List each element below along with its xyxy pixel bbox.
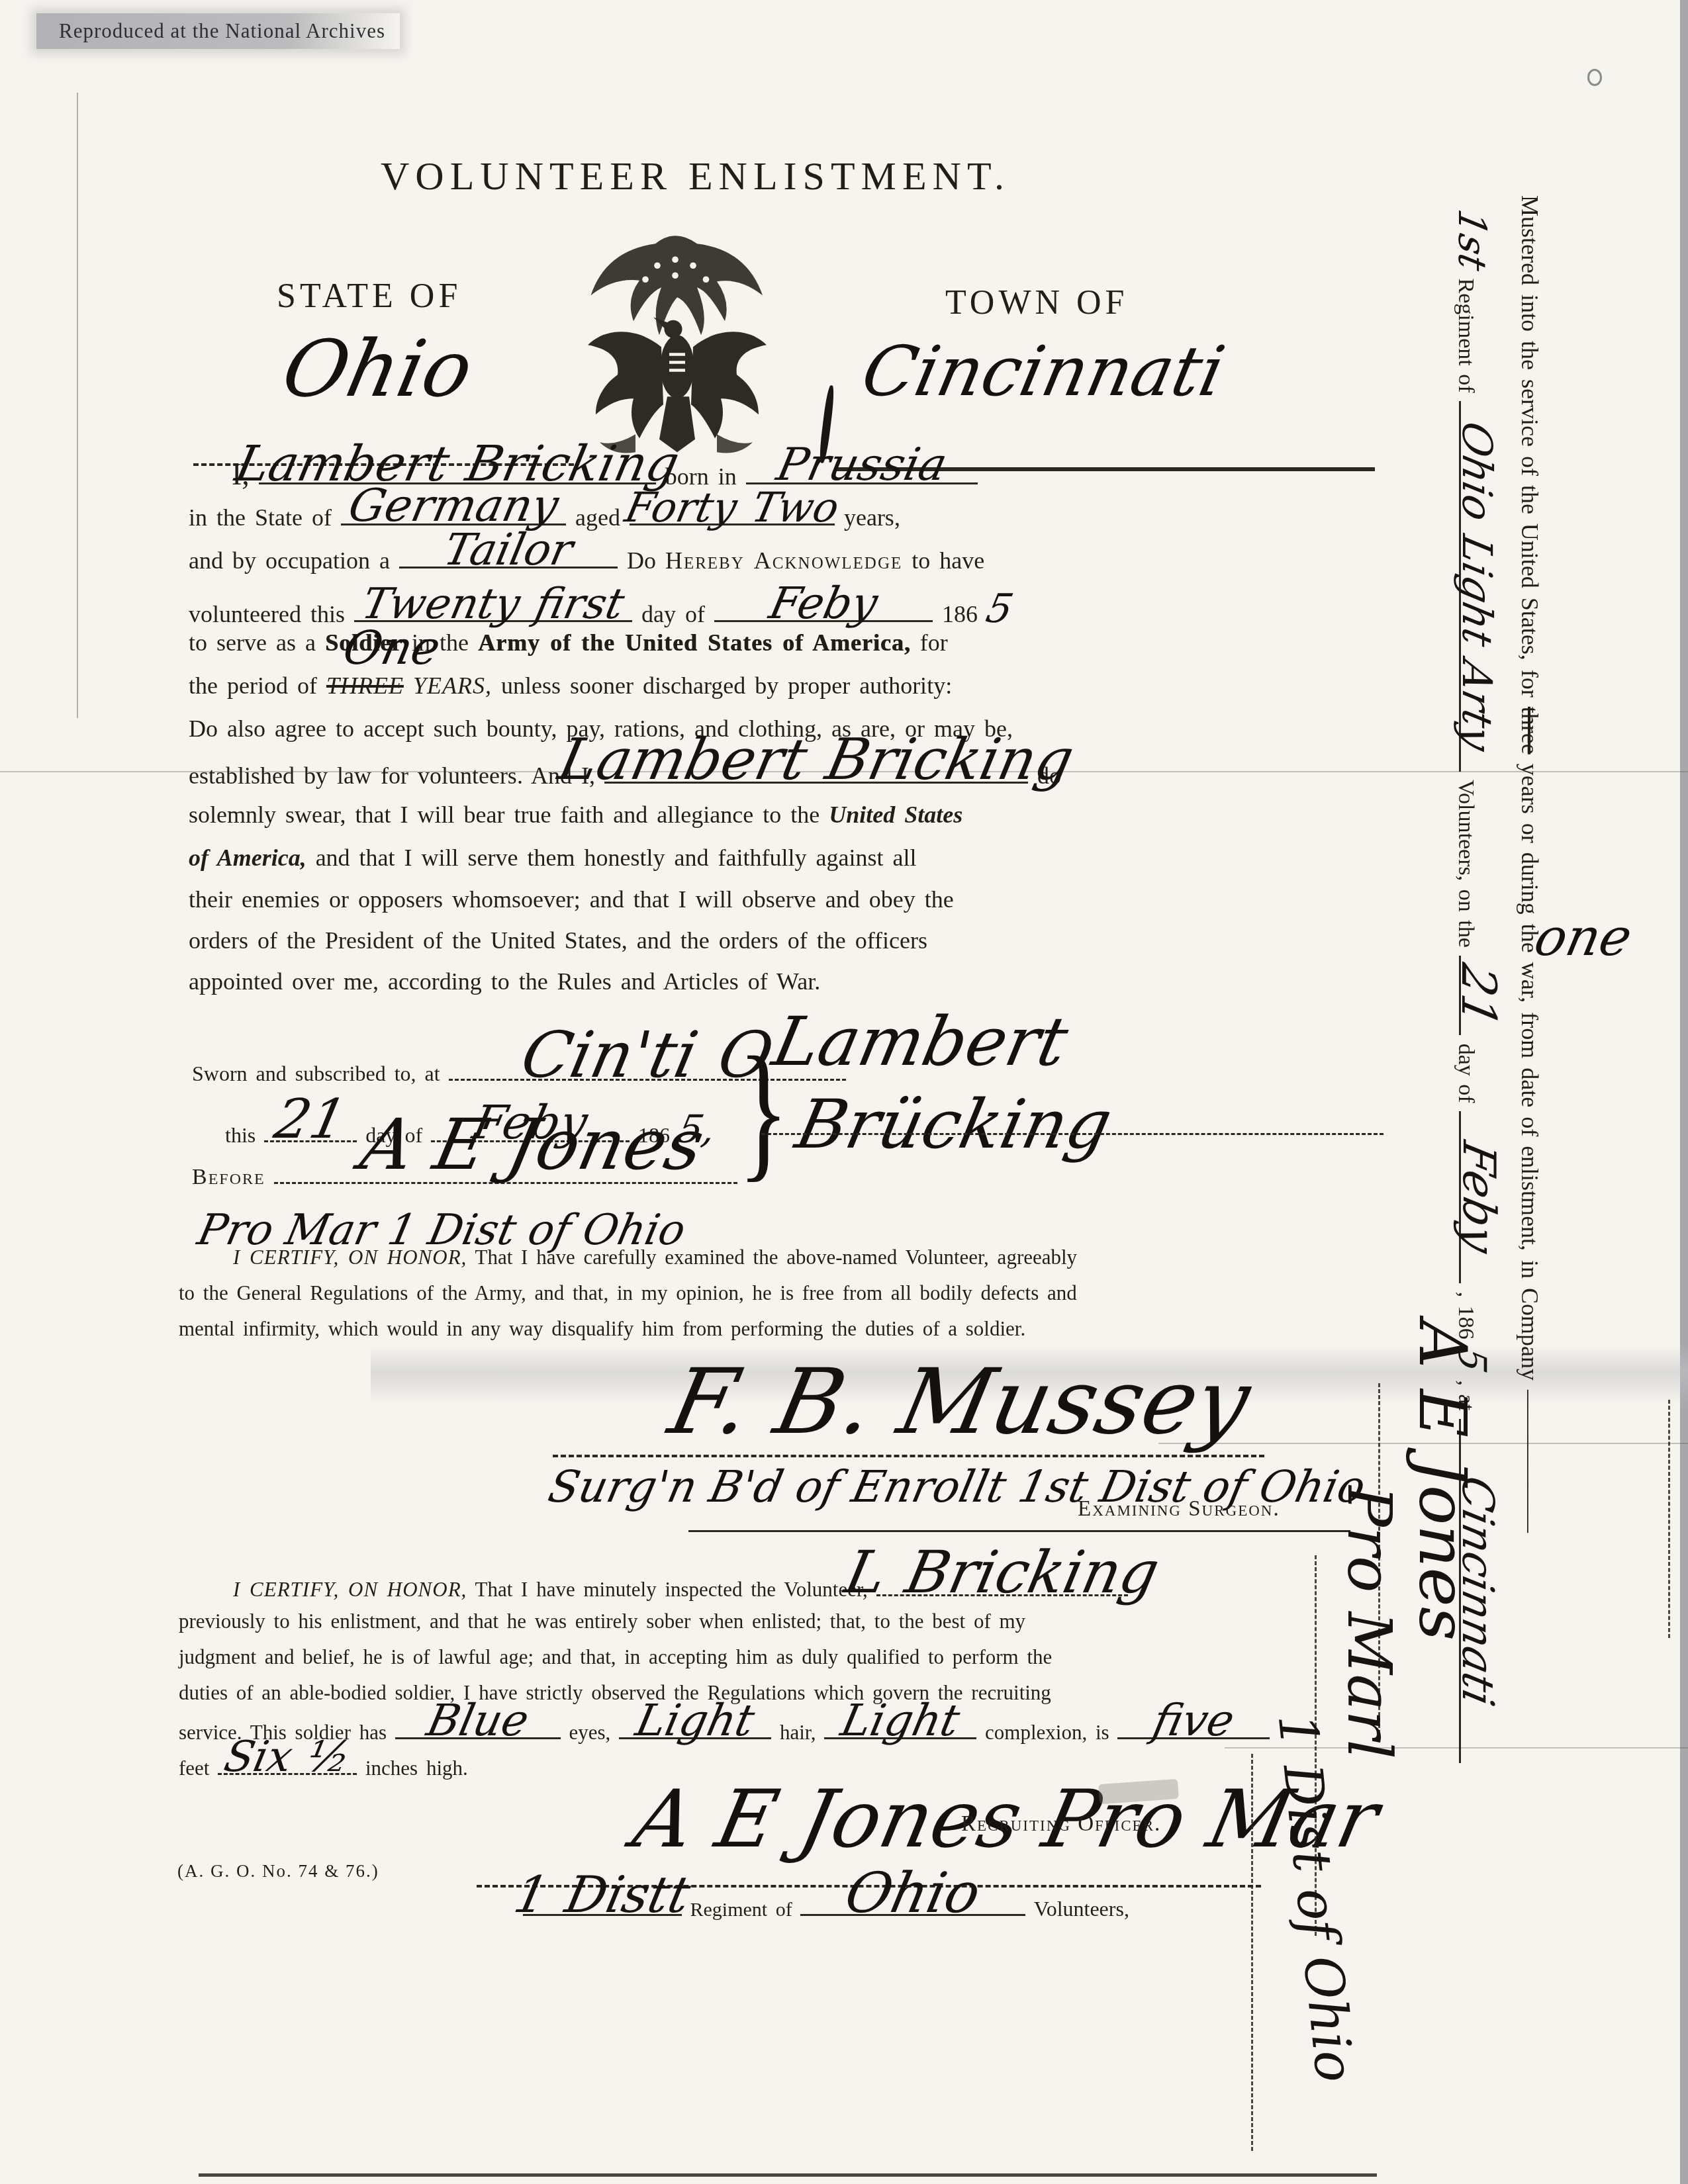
sworn-day-blank: 21 — [264, 1119, 357, 1142]
height-inches-blank: Six ½ — [218, 1752, 357, 1775]
enlist-day-blank: Twenty first — [354, 596, 632, 622]
state-handwriting: Germany — [345, 484, 563, 529]
oath-l2-pre: in the State of — [189, 504, 332, 531]
oath-line-1: I, Lambert Bricking born in Prussia — [232, 457, 978, 492]
town-of-label: TOWN OF — [945, 283, 1128, 322]
enlist-month-blank: Feby — [714, 596, 933, 622]
oath-army-blackletter: Army of the United States of America, — [478, 629, 911, 656]
volunteer-name2-handwriting: Lambert Bricking — [554, 731, 1078, 788]
oath-line-12: orders of the President of the United St… — [189, 927, 927, 954]
recruiter-cert-line-6: feet Six ½ inches high. — [179, 1752, 468, 1780]
enlist-month-handwriting: Feby — [766, 582, 882, 625]
surgeon-signature-underline — [553, 1455, 1264, 1457]
margin-term-struck: three — [1517, 707, 1543, 754]
margin-signature-3-underline — [1251, 1754, 1253, 2151]
eyes-blank: Blue — [395, 1717, 561, 1739]
volunteer-name2-blank: Lambert Bricking — [604, 758, 1028, 784]
state-of-label: STATE OF — [277, 277, 461, 316]
scanned-enlistment-document: Reproduced at the National Archives VOLU… — [0, 0, 1688, 2184]
recruiter-cert-l5-a: eyes, — [569, 1721, 611, 1744]
margin-signature-2: Pro Marl — [1334, 1486, 1405, 1759]
regiment-name-handwriting: Ohio — [841, 1865, 985, 1921]
before-label: Before — [192, 1165, 265, 1189]
volunteer-signature-line2: Brücking — [789, 1085, 1118, 1164]
recruiter-cert-line-3: judgment and belief, he is of lawful age… — [179, 1645, 1052, 1669]
margin-day-handwriting: 21 — [1455, 960, 1503, 1031]
sworn-at-label: Sworn and subscribed to, at — [192, 1062, 440, 1085]
surgeon-cert-line-1: I CERTIFY, ON HONOR, That I have careful… — [233, 1246, 1077, 1269]
recruiter-cert-l1: That I have minutely inspected the Volun… — [475, 1578, 868, 1601]
sworn-this-label: this — [225, 1123, 256, 1147]
margin-mustered-line: Mustered into the service of the United … — [1516, 195, 1544, 1533]
term-overwrite-handwriting: One — [338, 621, 445, 675]
regiment-label: Regiment of — [690, 1899, 792, 1921]
eyes-handwriting: Blue — [423, 1699, 532, 1743]
margin-day-of-label: day of — [1454, 1044, 1478, 1103]
enlist-day-handwriting: Twenty first — [358, 583, 628, 625]
volunteers-label: Volunteers, — [1034, 1897, 1129, 1921]
age-blank: Forty Two — [630, 500, 835, 525]
oath-l8-pre: established by law for volunteers. And I… — [189, 762, 595, 789]
oath-l5-pre: to serve as a — [189, 629, 316, 656]
oath-line-3: and by occupation a Tailor Do Hereby Ack… — [189, 543, 984, 574]
hair-handwriting: Light — [632, 1699, 758, 1743]
archives-stamp-label: Reproduced at the National Archives — [59, 19, 385, 43]
recruiter-cert-l5-c: complexion, is — [985, 1721, 1109, 1744]
birthplace-handwriting: Prussia — [773, 443, 951, 488]
margin-term-overwrite-handwriting: one — [1529, 908, 1636, 968]
oath-line-8: established by law for volunteers. And I… — [189, 758, 1061, 790]
age-handwriting: Forty Two — [622, 487, 843, 528]
oath-l3-post: to have — [912, 547, 984, 574]
recruiter-cert-l6-post: inches high. — [365, 1756, 468, 1780]
inspected-volunteer-blank: L Bricking — [876, 1574, 1128, 1596]
archives-stamp: Reproduced at the National Archives — [36, 13, 400, 49]
oath-l6-post: unless sooner discharged by proper autho… — [501, 672, 952, 699]
oath-l9-text: solemnly swear, that I will bear true fa… — [189, 801, 820, 828]
regiment-name-blank: Ohio — [800, 1894, 1025, 1916]
oath-l3-pre: and by occupation a — [189, 547, 390, 574]
enlist-year-digit-handwriting: 5 — [982, 586, 1017, 632]
oath-l2-post: years, — [844, 504, 900, 531]
oath-l10-text: and that I will serve them honestly and … — [316, 844, 917, 871]
oath-term-struck: THREE — [326, 672, 404, 699]
recruiter-cert-l5-b: hair, — [780, 1721, 816, 1744]
height-feet-blank: five — [1117, 1717, 1270, 1739]
complexion-handwriting: Light — [837, 1699, 963, 1743]
margin-regiment-blank: Ohio Light Arty — [1459, 401, 1483, 772]
surgeon-title-underline — [688, 1530, 1350, 1532]
oath-line-11: their enemies or opposers whomsoever; an… — [189, 886, 954, 913]
oath-l9-bold: United States — [829, 801, 962, 828]
recruiter-cert-lead: I CERTIFY, ON HONOR, — [233, 1578, 467, 1601]
surgeon-cert-line-2: to the General Regulations of the Army, … — [179, 1281, 1077, 1305]
margin-company-blank: —————— — [1517, 1390, 1543, 1533]
margin-regiment-label: Regiment of — [1454, 278, 1478, 392]
oath-l4-mid: day of — [641, 601, 705, 627]
form-footnote: (A. G. O. No. 74 & 76.) — [177, 1861, 379, 1882]
complexion-blank: Light — [824, 1717, 976, 1739]
oath-line-6: the period of THREE YEARS, unless sooner… — [189, 672, 952, 700]
surgeon-signature-handwriting: F. B. Mussey — [661, 1350, 1258, 1455]
oath-l5-post: for — [920, 629, 948, 656]
oath-l4-year: 186 — [942, 601, 978, 627]
height-feet-handwriting: five — [1149, 1699, 1238, 1743]
hair-blank: Light — [619, 1717, 771, 1739]
oath-term-years: YEARS, — [413, 672, 492, 699]
margin-month-blank: Feby — [1459, 1111, 1483, 1283]
page-title: VOLUNTEER ENLISTMENT. — [381, 154, 1010, 199]
recruiting-officer-label: Recruiting Officer. — [961, 1812, 1161, 1837]
paper-edge-line — [77, 93, 78, 718]
margin-regiment-number-handwriting: 1st — [1450, 206, 1495, 275]
scan-right-edge — [1680, 0, 1688, 2184]
oath-line-10: of America, and that I will serve them h… — [189, 844, 916, 872]
sworn-day-handwriting: 21 — [270, 1093, 351, 1147]
recruiter-cert-l6-pre: feet — [179, 1756, 209, 1780]
surgeon-cert-line-3: mental infirmity, which would in any way… — [179, 1317, 1025, 1341]
oath-line-9: solemnly swear, that I will bear true fa… — [189, 801, 962, 829]
inspected-volunteer-handwriting: L Bricking — [840, 1543, 1164, 1602]
oath-line-4: volunteered this Twenty first day of Feb… — [189, 586, 1012, 632]
regiment-line: 1 Distt Regiment of Ohio Volunteers, — [523, 1894, 1129, 1921]
signature-underline — [761, 1133, 1383, 1135]
occupation-blank: Tailor — [399, 543, 618, 569]
surgeon-cert-l1: That I have carefully examined the above… — [475, 1246, 1078, 1269]
regiment-number-handwriting: 1 Distt — [510, 1870, 695, 1920]
height-inches-handwriting: Six ½ — [221, 1736, 354, 1778]
margin-month-handwriting: Feby — [1456, 1138, 1501, 1257]
state-blank: Germany — [341, 500, 566, 525]
margin-inner-mid: Volunteers, on the — [1454, 780, 1478, 948]
oath-l6-pre: the period of — [189, 672, 317, 699]
recruiter-cert-line-1: I CERTIFY, ON HONOR, That I have minutel… — [233, 1574, 1128, 1602]
margin-signature-3: 1 Dist of Ohio — [1266, 1711, 1366, 2085]
oath-l4-pre: volunteered this — [189, 601, 345, 627]
punch-hole — [1587, 69, 1602, 86]
margin-signature-1: A E Jones — [1404, 1320, 1481, 1641]
oath-acknowledge-smallcaps: Hereby Acknowledge — [665, 547, 902, 574]
oath-l2-mid: aged — [575, 504, 620, 531]
margin-regiment-handwriting: Ohio Light Arty — [1456, 418, 1497, 754]
oath-line-5: to serve as a Soldier in the Army of the… — [189, 629, 948, 657]
oath-line-13: appointed over me, according to the Rule… — [189, 968, 820, 995]
birthplace-blank: Prussia — [746, 459, 978, 484]
examining-surgeon-label: Examining Surgeon. — [1078, 1497, 1280, 1522]
regiment-number-blank: 1 Distt — [523, 1894, 682, 1916]
before-signature-handwriting: A E Jones — [354, 1104, 711, 1185]
margin-dashed-rule — [1668, 1400, 1670, 1638]
surgeon-cert-lead: I CERTIFY, ON HONOR, — [233, 1246, 467, 1269]
margin-outer-pre: Mustered into the service of the United … — [1517, 195, 1543, 698]
scan-bottom-line — [199, 2173, 1377, 2177]
margin-outer-post: years or during the war, from date of en… — [1517, 764, 1543, 1381]
margin-day-blank: 21 — [1459, 956, 1483, 1035]
oath-l10-bold: of America, — [189, 844, 306, 871]
town-value-handwriting: Cincinnati — [855, 331, 1231, 412]
occupation-handwriting: Tailor — [440, 528, 577, 572]
state-value-handwriting: Ohio — [275, 323, 481, 414]
oath-l3-mid: Do — [627, 547, 656, 574]
recruiter-cert-line-2: previously to his enlistment, and that h… — [179, 1610, 1025, 1633]
volunteer-signature-line1: Lambert — [766, 1003, 1074, 1081]
